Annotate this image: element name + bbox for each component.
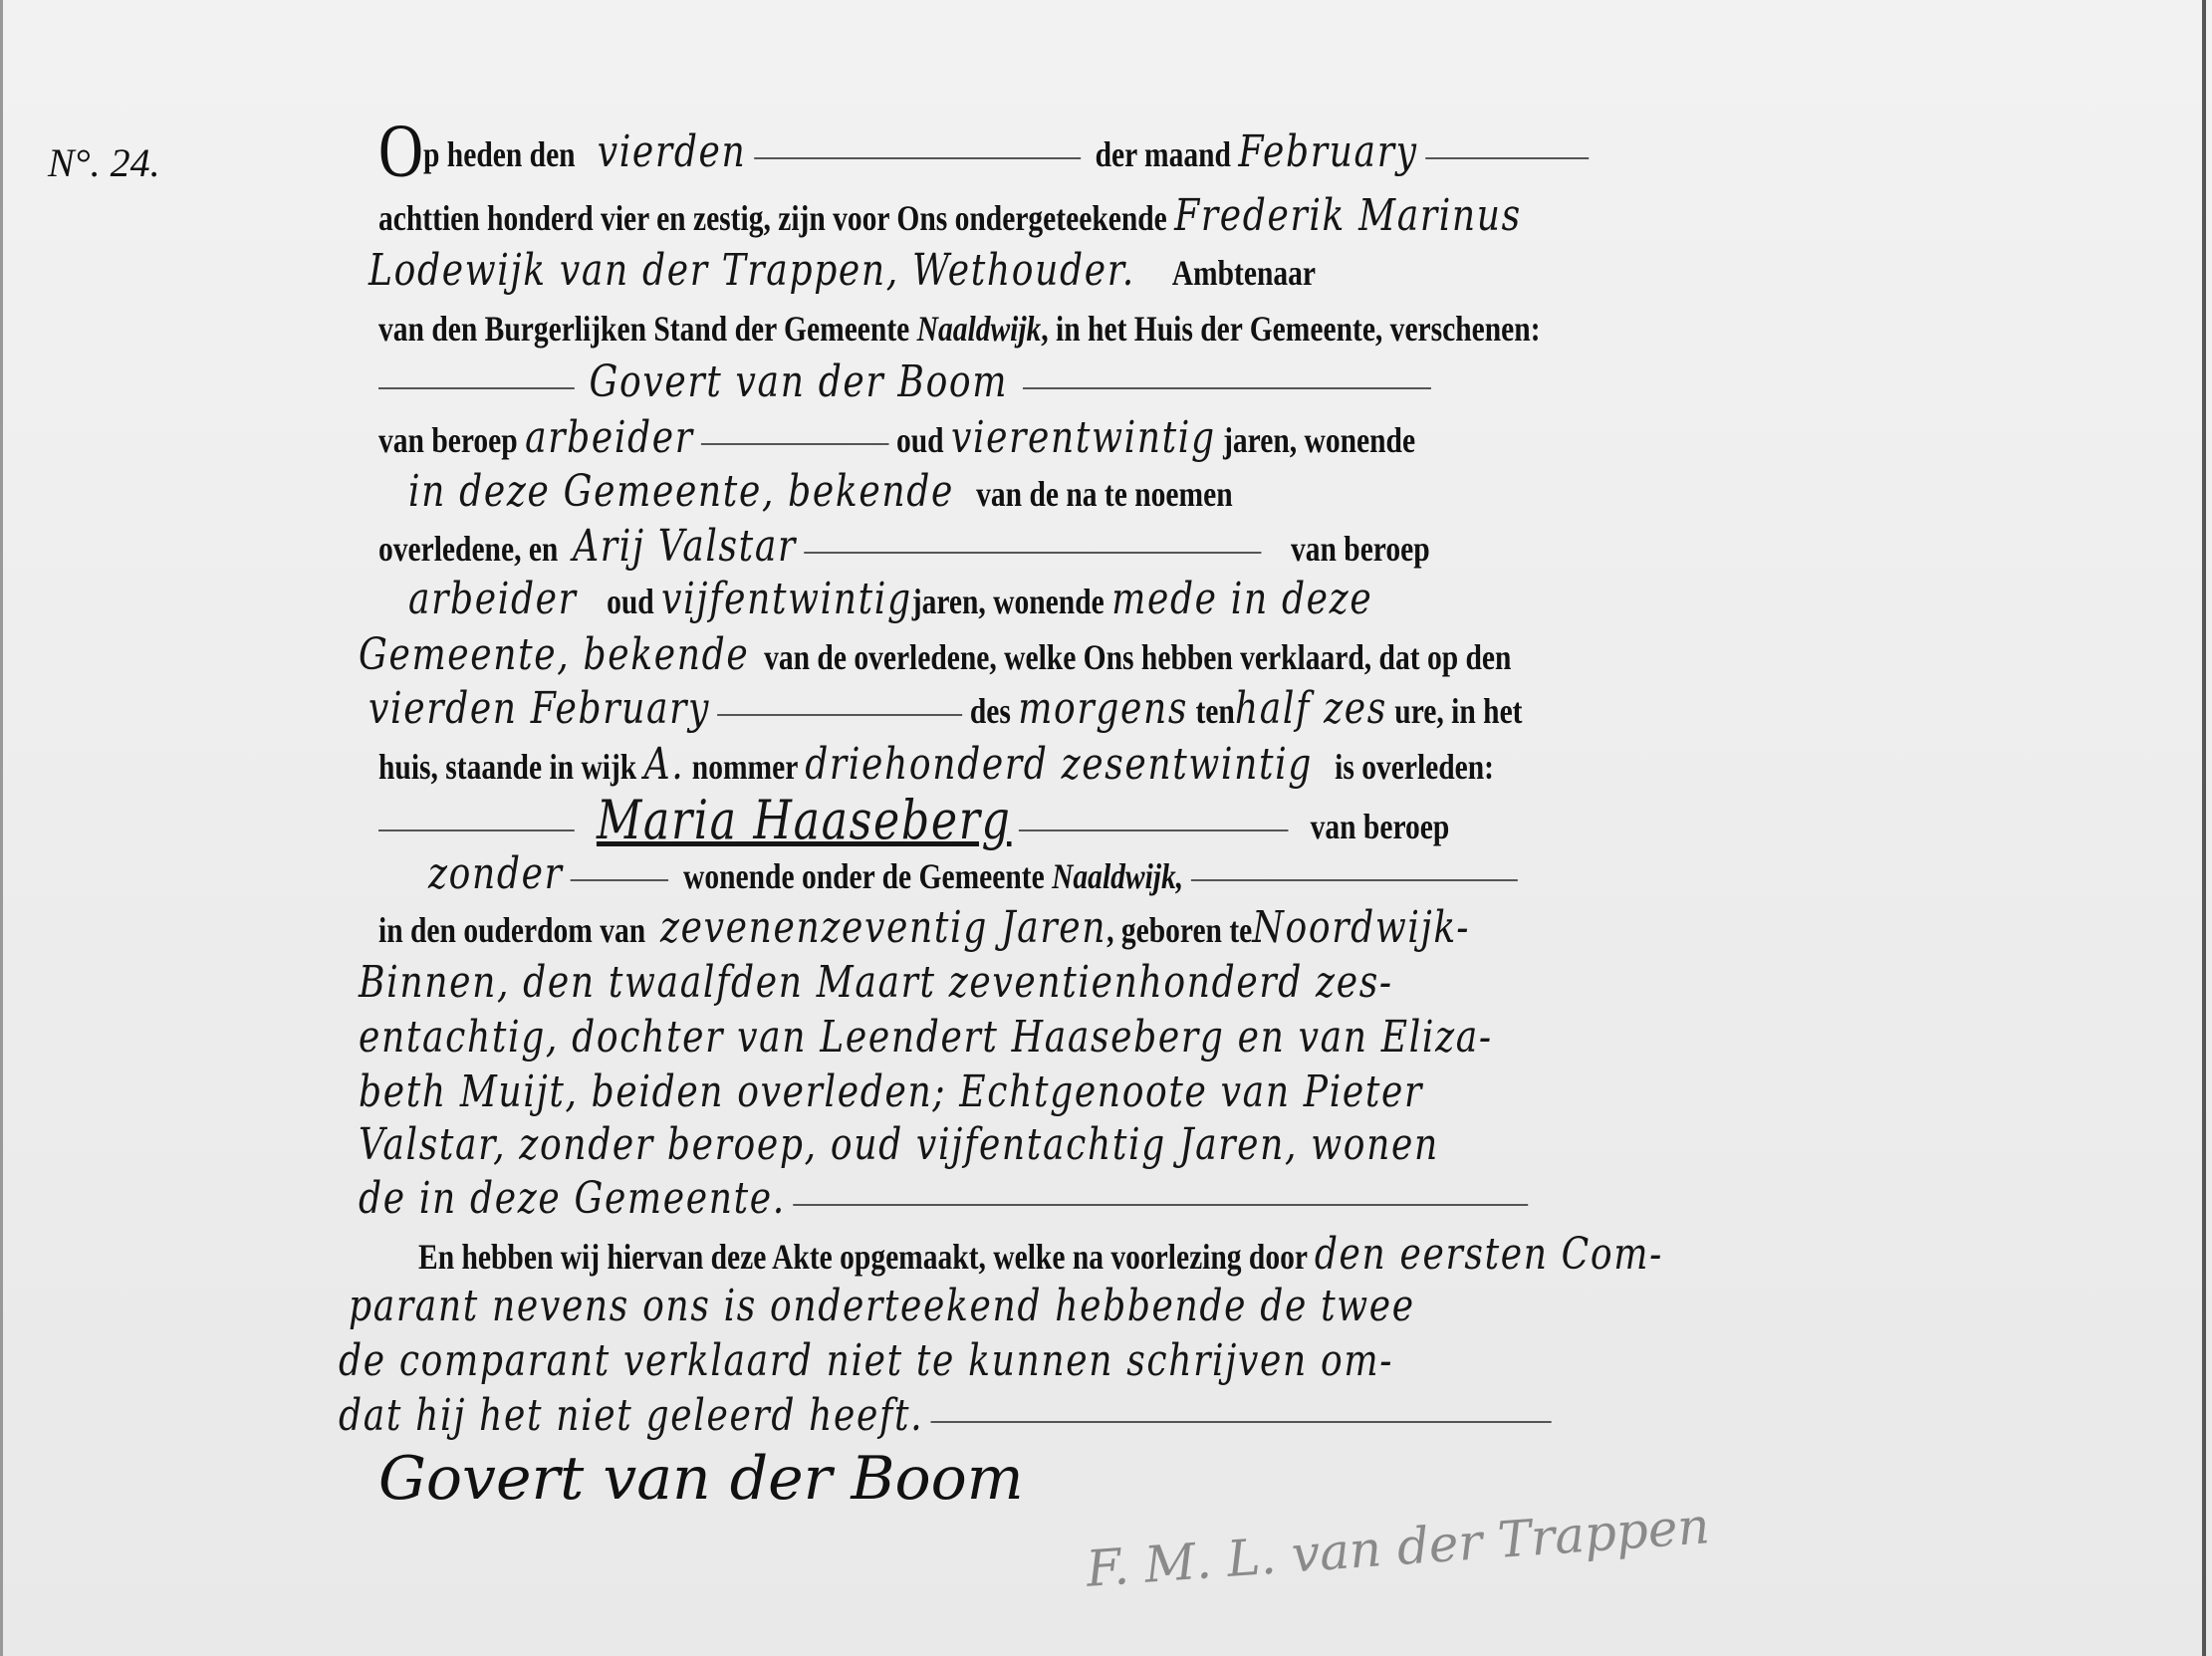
fill-rule [571, 879, 668, 881]
record-line-22: parant nevens ons is onderteekend hebben… [349, 1285, 1415, 1330]
record-line-11: vierden February des morgens tenhalf zes… [369, 687, 1523, 733]
printed-text: van beroep [378, 420, 518, 460]
handwritten-occupation: arbeider [408, 574, 578, 624]
printed-text: des [970, 691, 1011, 731]
handwritten-text: Gemeente, bekende [359, 629, 749, 680]
record-line-14: zonder wonende onder de Gemeente Naaldwi… [428, 852, 1518, 898]
handwritten-official-name: Lodewijk van der Trappen, Wethouder. [369, 245, 1135, 296]
printed-text: Ambtenaar [1172, 253, 1316, 293]
printed-text: En hebben wij hiervan deze Akte opgemaak… [418, 1237, 1307, 1277]
municipality: Naaldwijk [917, 309, 1042, 349]
handwritten-occupation: zonder [428, 848, 564, 899]
printed-text: jaren, wonende [912, 582, 1105, 621]
handwritten-text: Valstar, zonder beroep, oud vijfentachti… [359, 1119, 1439, 1170]
record-line-20: de in deze Gemeente. [359, 1177, 1528, 1223]
fill-rule [701, 443, 889, 445]
record-line-7: in deze Gemeente, bekende van de na te n… [408, 470, 1233, 516]
handwritten-text: parant nevens ons is onderteekend hebben… [349, 1281, 1415, 1331]
printed-text: , geboren te [1106, 910, 1252, 950]
fill-rule [378, 387, 575, 389]
handwritten-age: zevenenzeventig Jaren [660, 902, 1106, 953]
record-line-15: in den ouderdom van zevenenzeventig Jare… [378, 906, 1470, 952]
printed-text: achttien honderd vier en zestig, zijn vo… [378, 198, 1167, 238]
handwritten-declarant-name: Govert van der Boom [590, 356, 1009, 407]
record-line-23: de comparant verklaard niet te kunnen sc… [339, 1339, 1393, 1385]
fill-rule [1019, 829, 1289, 831]
handwritten-ward: A. [644, 739, 685, 790]
handwritten-age: vijfentwintig [661, 574, 912, 624]
handwritten-month: February [1238, 126, 1417, 177]
handwritten-text: de comparant verklaard niet te kunnen sc… [339, 1335, 1393, 1386]
record-line-8: overledene, en Arij Valstar van beroep [378, 525, 1430, 571]
fill-rule [717, 714, 962, 716]
record-line-21: En hebben wij hiervan deze Akte opgemaak… [418, 1233, 1663, 1279]
handwritten-time-of-day: morgens [1018, 683, 1188, 734]
handwritten-occupation: arbeider [525, 412, 694, 463]
fill-rule [1023, 387, 1431, 389]
official-signature: F. M. L. van der Trappen [1085, 1497, 1712, 1598]
civil-record-page: N°. 24. Op heden den vierden der maand F… [0, 0, 2212, 1656]
printed-text: overledene, en [378, 529, 558, 569]
printed-text: nommer [692, 747, 798, 787]
record-line-10: Gemeente, bekende van de overledene, wel… [359, 633, 1511, 679]
printed-text: van de overledene, welke Ons hebben verk… [764, 637, 1511, 677]
printed-text: in den ouderdom van [378, 910, 645, 950]
fill-rule [1425, 157, 1589, 159]
record-line-2: achttien honderd vier en zestig, zijn vo… [378, 194, 1522, 240]
handwritten-text: entachtig, dochter van Leendert Haaseber… [359, 1012, 1493, 1063]
record-line-12: huis, staande in wijk A. nommer driehond… [378, 743, 1494, 789]
fill-rule [1191, 879, 1518, 881]
printed-text: is overleden: [1335, 747, 1494, 787]
printed-text: jaren, wonende [1223, 420, 1415, 460]
handwritten-residence: in deze Gemeente, bekende [408, 466, 954, 517]
record-line-3: Lodewijk van der Trappen, Wethouder. Amb… [369, 249, 1316, 295]
handwritten-house-number: driehonderd zesentwintig [805, 739, 1313, 790]
printed-text: van den Burgerlijken Stand der Gemeente [378, 309, 909, 349]
printed-text: oud [896, 420, 944, 460]
fill-rule [804, 552, 1261, 554]
record-line-16: Binnen, den twaalfden Maart zeventienhon… [359, 961, 1393, 1007]
printed-text: der maand [1096, 134, 1231, 174]
record-line-4: van den Burgerlijken Stand der Gemeente … [378, 307, 1541, 351]
record-line-6: van beroep arbeider oud vierentwintig ja… [378, 416, 1415, 462]
record-line-17: entachtig, dochter van Leendert Haaseber… [359, 1016, 1493, 1062]
fill-rule [378, 829, 575, 831]
handwritten-date: vierden February [369, 683, 710, 734]
record-line-18: beth Muijt, beiden overleden; Echtgenoot… [359, 1070, 1423, 1116]
initial-letter: O [378, 110, 423, 193]
handwritten-text: beth Muijt, beiden overleden; Echtgenoot… [359, 1066, 1423, 1117]
printed-text: ure, in het [1394, 691, 1522, 731]
handwritten-age: vierentwintig [951, 412, 1216, 463]
municipality: Naaldwijk, [1052, 856, 1183, 896]
declarant-signature: Govert van der Boom [378, 1444, 1024, 1514]
handwritten-day: vierden [598, 126, 747, 177]
printed-text: , in het Huis der Gemeente, verschenen: [1041, 309, 1540, 349]
handwritten-text: den eersten Com- [1315, 1229, 1663, 1280]
handwritten-residence: mede in deze [1111, 574, 1372, 624]
printed-text: wonende onder de Gemeente [683, 856, 1045, 896]
printed-text: oud [607, 582, 654, 621]
printed-text: p heden den [423, 134, 576, 174]
handwritten-deceased-name: Maria Haaseberg [597, 789, 1012, 851]
record-line-19: Valstar, zonder beroep, oud vijfentachti… [359, 1123, 1439, 1169]
fill-rule [793, 1204, 1528, 1206]
record-line-5: Govert van der Boom [378, 360, 1431, 406]
page-edge-right [2202, 0, 2206, 1656]
handwritten-hour: half zes [1235, 683, 1387, 734]
fill-rule [931, 1421, 1552, 1423]
page-edge-left [0, 0, 3, 1656]
record-line-24: dat hij het niet geleerd heeft. [339, 1394, 1552, 1440]
printed-text: ten [1195, 691, 1234, 731]
handwritten-text: de in deze Gemeente. [359, 1173, 786, 1224]
printed-text: huis, staande in wijk [378, 747, 636, 787]
handwritten-witness-name: Arij Valstar [573, 521, 797, 572]
handwritten-text: dat hij het niet geleerd heeft. [339, 1390, 923, 1441]
record-number: N°. 24. [48, 139, 160, 186]
record-line-1: Op heden den vierden der maand February [378, 129, 1589, 176]
printed-text: van beroep [1311, 807, 1450, 846]
record-line-9: arbeider oud vijfentwintigjaren, wonende… [408, 578, 1372, 623]
fill-rule [754, 157, 1081, 159]
record-line-13: Maria Haaseberg van beroep [378, 799, 1449, 848]
printed-text: van beroep [1291, 529, 1430, 569]
handwritten-birthplace: Noordwijk- [1252, 902, 1470, 953]
handwritten-text: Binnen, den twaalfden Maart zeventienhon… [359, 957, 1393, 1008]
handwritten-official-name: Frederik Marinus [1174, 190, 1522, 241]
printed-text: van de na te noemen [976, 474, 1232, 514]
